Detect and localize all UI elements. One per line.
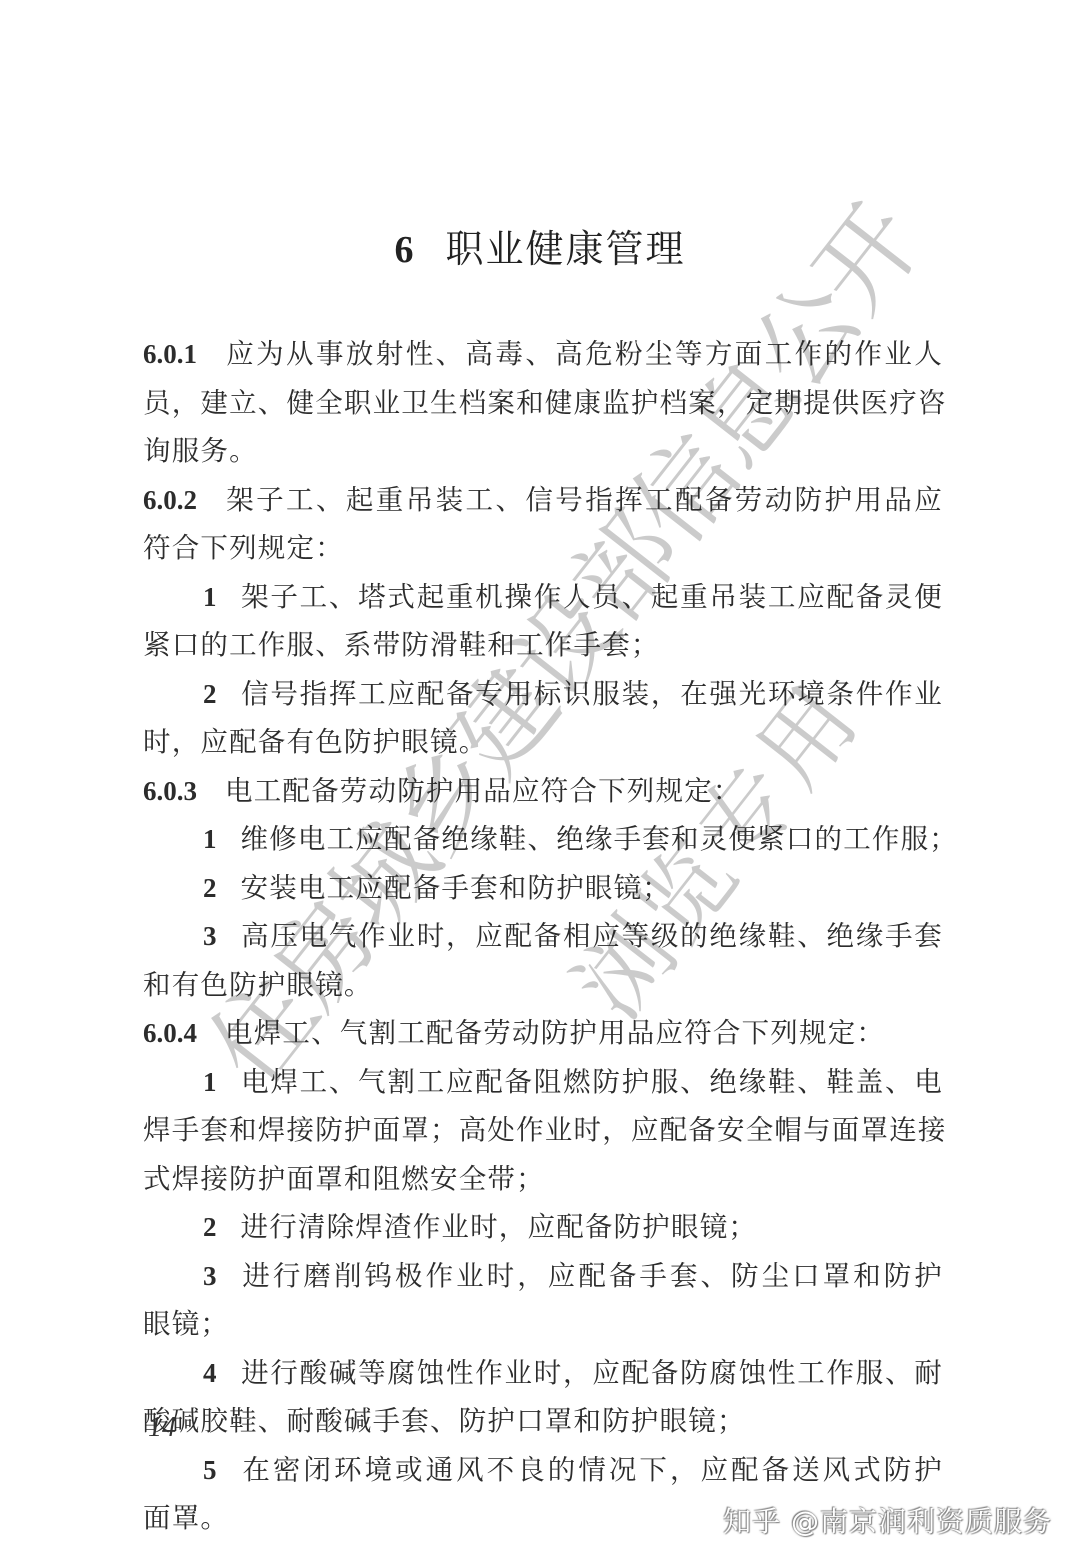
line-text: 电焊工、气割工配备劳动防护用品应符合下列规定： [225,1017,885,1049]
clause-line: 6.0.4电焊工、气割工配备劳动防护用品应符合下列规定： [143,1009,943,1058]
clause-line: 6.0.3电工配备劳动防护用品应符合下列规定： [143,767,943,816]
item-line: 5在密闭环境或通风不良的情况下，应配备送风式防护 [143,1446,943,1495]
document-page: 住房城乡建设部信息公开 浏览专用 6职业健康管理 6.0.1应为从事放射性、高毒… [0,0,1080,1564]
text-line: 眼镜； [143,1300,943,1349]
text-line: 和有色防护眼镜。 [143,961,943,1010]
line-text: 时，应配备有色防护眼镜。 [143,726,487,758]
item-number: 2 [203,873,217,903]
text-line: 酸碱胶鞋、耐酸碱手套、防护口罩和防护眼镜； [143,1397,943,1446]
line-text: 和有色防护眼镜。 [143,969,373,1001]
text-line: 询服务。 [143,427,943,476]
line-text: 紧口的工作服、系带防滑鞋和工作手套； [143,629,660,661]
item-line: 2安装电工应配备手套和防护眼镜； [143,864,943,913]
clause-line: 6.0.2架子工、起重吊装工、信号指挥工配备劳动防护用品应 [143,476,943,525]
line-text: 进行酸碱等腐蚀性作业时，应配备防腐蚀性工作服、耐 [241,1357,944,1389]
clause-number: 6.0.1 [143,339,197,369]
item-number: 3 [203,1261,217,1291]
clause-line: 6.0.1应为从事放射性、高毒、高危粉尘等方面工作的作业人 [143,330,943,379]
source-credit: 知乎 @南京润利资质服务 [723,1500,1052,1540]
item-line: 4进行酸碱等腐蚀性作业时，应配备防腐蚀性工作服、耐 [143,1349,943,1398]
line-text: 高压电气作业时，应配备相应等级的绝缘鞋、绝缘手套 [241,920,944,952]
line-text: 进行磨削钨极作业时，应配备手套、防尘口罩和防护 [241,1260,944,1292]
item-number: 2 [203,679,217,709]
line-text: 在密闭环境或通风不良的情况下，应配备送风式防护 [241,1454,944,1486]
text-line: 紧口的工作服、系带防滑鞋和工作手套； [143,621,943,670]
clause-number: 6.0.3 [143,776,197,806]
line-text: 眼镜； [143,1308,229,1340]
clause-number: 6.0.4 [143,1018,197,1048]
page-number: 14 [148,1412,176,1444]
line-text: 架子工、起重吊装工、信号指挥工配备劳动防护用品应 [225,484,943,516]
line-text: 符合下列规定： [143,532,344,564]
text-line: 员，建立、健全职业卫生档案和健康监护档案，定期提供医疗咨 [143,379,943,428]
text-line: 时，应配备有色防护眼镜。 [143,718,943,767]
document-body: 6.0.1应为从事放射性、高毒、高危粉尘等方面工作的作业人员，建立、健全职业卫生… [143,330,943,1543]
line-text: 面罩。 [143,1502,229,1534]
item-line: 1架子工、塔式起重机操作人员、起重吊装工应配备灵便 [143,573,943,622]
item-number: 4 [203,1358,217,1388]
item-line: 3进行磨削钨极作业时，应配备手套、防尘口罩和防护 [143,1252,943,1301]
chapter-number: 6 [394,229,415,271]
text-line: 焊手套和焊接防护面罩；高处作业时，应配备安全帽与面罩连接 [143,1106,943,1155]
chapter-title: 职业健康管理 [445,227,685,271]
line-text: 焊手套和焊接防护面罩；高处作业时，应配备安全帽与面罩连接 [143,1114,947,1146]
line-text: 电焊工、气割工应配备阻燃防护服、绝缘鞋、鞋盖、电 [241,1066,944,1098]
line-text: 安装电工应配备手套和防护眼镜； [241,872,672,904]
chapter-heading: 6职业健康管理 [0,218,1080,273]
line-text: 进行清除焊渣作业时，应配备防护眼镜； [241,1211,758,1243]
line-text: 酸碱胶鞋、耐酸碱手套、防护口罩和防护眼镜； [143,1405,746,1437]
item-number: 1 [203,824,217,854]
line-text: 架子工、塔式起重机操作人员、起重吊装工应配备灵便 [241,581,944,613]
item-line: 2信号指挥工应配备专用标识服装，在强光环境条件作业 [143,670,943,719]
item-line: 2进行清除焊渣作业时，应配备防护眼镜； [143,1203,943,1252]
line-text: 维修电工应配备绝缘鞋、绝缘手套和灵便紧口的工作服； [241,823,959,855]
line-text: 应为从事放射性、高毒、高危粉尘等方面工作的作业人 [225,338,943,370]
clause-number: 6.0.2 [143,485,197,515]
line-text: 电工配备劳动防护用品应符合下列规定： [225,775,742,807]
item-line: 1维修电工应配备绝缘鞋、绝缘手套和灵便紧口的工作服； [143,815,943,864]
line-text: 员，建立、健全职业卫生档案和健康监护档案，定期提供医疗咨 [143,387,947,419]
line-text: 询服务。 [143,435,258,467]
text-line: 符合下列规定： [143,524,943,573]
item-line: 3高压电气作业时，应配备相应等级的绝缘鞋、绝缘手套 [143,912,943,961]
item-number: 5 [203,1455,217,1485]
item-line: 1电焊工、气割工应配备阻燃防护服、绝缘鞋、鞋盖、电 [143,1058,943,1107]
item-number: 1 [203,582,217,612]
line-text: 式焊接防护面罩和阻燃安全带； [143,1163,545,1195]
item-number: 1 [203,1067,217,1097]
text-line: 式焊接防护面罩和阻燃安全带； [143,1155,943,1204]
line-text: 信号指挥工应配备专用标识服装，在强光环境条件作业 [241,678,944,710]
item-number: 2 [203,1212,217,1242]
item-number: 3 [203,921,217,951]
